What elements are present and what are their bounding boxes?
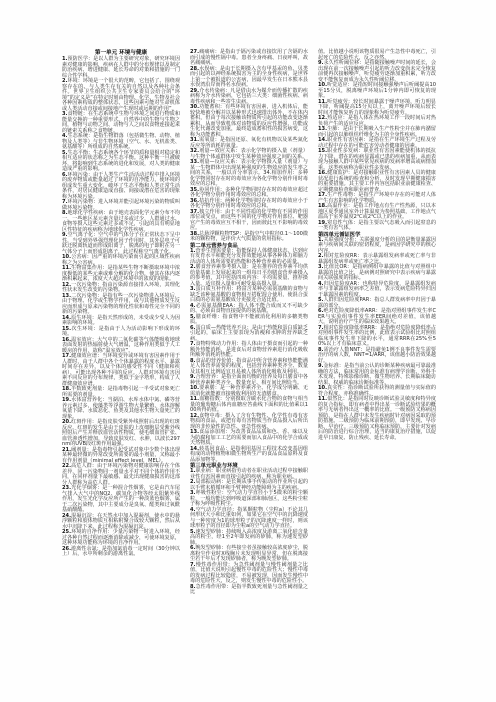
item-text: 公害病：因严重的环境污染而引起的区域性疾病称之为公害病。 bbox=[62, 254, 180, 266]
item-text: 介水传染病：凡是借由水为媒介而传播扩散的疾病称为介水传染病，它包括三大类：细菌性… bbox=[190, 88, 308, 105]
note-item: 6.环境污染：由于人类生产生活活动过程中排入环境的废弃物质或能量超过了环境的自净… bbox=[62, 173, 180, 201]
item-text: 生态系统：是指生物群落（包括微生物、动物、植物及人类等）与非生物环境（空气、水、… bbox=[62, 133, 180, 150]
item-text: 需氧量：是指因还原、氧化有机物以及某些氮化反应等所消耗的氧量。 bbox=[190, 137, 308, 149]
item-text: 温室效应：大气中的二氧化碳等气体能吸收地球表面发射的热辐射使大气增温，这种作用类… bbox=[62, 337, 180, 354]
item-text: 似然比：是指同时反映诊断试验灵敏度和特异度的复合指标，即有病者中得出某一诊断试验… bbox=[318, 396, 436, 441]
item-text: 剂量—反应关系：表示化学物摄入量（剂量）与某一生物群体中出现某种强度的生物效应的… bbox=[190, 159, 308, 187]
note-item: 2.膳食营养素参考摄入量：是在推荐的营养素平均供给量基础上发展起来的一组每日平均… bbox=[190, 265, 308, 287]
item-text: 生态平衡：生态系统各个环节的质和量相对稳定和相互适应的状态称之为生态平衡。这种平… bbox=[62, 150, 180, 173]
note-item: 5.生态平衡：生态系统各个环节的质和量相对稳定和相互适应的状态称之为生态平衡。这… bbox=[62, 151, 180, 173]
note-item: 17.健康效应谱：当环境变异或环境有害因素作用于人群时，由于人群中各个个体暴露的… bbox=[62, 354, 180, 387]
item-text: 高危人群：由于环境污染物对健康影响存在个体差异，同一污染物同一剂量水平对不同个体… bbox=[62, 463, 180, 486]
item-text: 高温作业：是指工作地点有生产性热源，只以本地区夏季通风室外计算温度为参照基础，工… bbox=[318, 203, 436, 220]
item-text: 总悬浮颗粒物TSP：是指空气中粒径0.1～100微米的颗粒物，是评价大气质量的常… bbox=[190, 231, 308, 243]
note-item: 19.窒息性气体：是指主要以气态吸入而引起窒息的一类有害气体。 bbox=[318, 221, 436, 232]
note-item: 14.转基因食品：是指利用基因工程技术改变基因组构成的动物植物和微生物所生产的食… bbox=[190, 447, 308, 464]
note-item: 1.关联强度分析：关联强度分析的目的是衡量暴露因素与疾病间关联的密切程度，是病因… bbox=[318, 238, 436, 255]
item-text: 游离性余氯：是指加氯消毒一定时间（30分钟以上）后，水中所剩余的游离性氯。 bbox=[62, 546, 180, 558]
item-text: 永久性听阈位移：是指随接触噪声时间的延长，会出现在前一次接触噪声引起的听力改变尚… bbox=[318, 60, 436, 83]
item-text: 水俣病：是由于长期摄入含有甲基汞的鱼、贝类而引起的以神经系统损害为主的全身性疾病… bbox=[190, 66, 308, 89]
item-text: 蛋白质—热能营养不良：是由于热能和蛋白质缺乏引起的，临床上主要表现为消瘦和水肿的… bbox=[190, 325, 308, 342]
note-item: 29.介水传染病：凡是借由水为媒介而传播扩散的疾病称为介水传染病，它包括三大类：… bbox=[190, 89, 308, 106]
note-item: 6.绝对危险度降低率ARR：是指对照组事件发生率CER与实验组事件发生率EER间… bbox=[318, 309, 436, 326]
note-item: 8.食品的营养价值：指食品中所含营养素和热能能满足人体营养需要的程度，包括营养素… bbox=[190, 359, 308, 376]
note-item: 8.需治疗人数NNT：是指避免1例不良事件发生需要治疗的病人数，NNT=1/AR… bbox=[318, 348, 436, 365]
note-item: 18.高温作业：是指工作地点有生产性热源，只以本地区夏季通风室外计算温度为参照基… bbox=[318, 204, 436, 221]
item-text: 听觉疲劳：较长时间暴露于噪声环境，听力明显下降，听阈提高15分贝以上，离开噪声环… bbox=[318, 99, 436, 116]
item-text: 空气离子化：空气中的气体分子在正常状态下呈中性，当受到外界强烈理化因子作用时，其… bbox=[62, 232, 180, 255]
note-item: 8.地球化学性疾病：由于地壳表面化学元素分布不均一，一些地区某元素含量过多或过少… bbox=[62, 211, 180, 233]
item-text: 呼吸性粉尘：空气动力学直径小于5微米的粉尘颗粒，一般均能达到呼吸道深部和肺泡区，… bbox=[190, 490, 308, 507]
item-text: 热适应：是指人体在热环境工作一段时间后对热负荷产生的适应反应。 bbox=[318, 115, 436, 127]
item-text: 膳食营养素参考摄入量：是在推荐的营养素平均供给量基础上发展起来的一组每日平均膳食… bbox=[190, 264, 308, 287]
item-text: 独立作用：由于不同性质的化学物有不同的作用部位或受点，而这些不同的化学物对作用部… bbox=[190, 209, 308, 232]
item-text: 健康效应谱：当环境变异或环境有害因素作用于人群时，由于人群中各个个体暴露的程度水… bbox=[62, 353, 180, 387]
item-text: 环境污染：由于人类生产生活活动过程中排入环境的废弃物质或能量超过了环境的自净能力… bbox=[62, 172, 180, 200]
note-item: 16.温室效应：大气中的二氧化碳等气体能吸收地球表面发射的热辐射使大气增温，这种… bbox=[62, 338, 180, 355]
item-text: 健康监护：是对接触职业性有害因素人员的健康状况进行系统的检查和分析，及时发现早期… bbox=[318, 170, 436, 193]
note-item: 3.食物链：在生态系统中生物与环境之间进行物质和能量交换的一种重要形式。自然界中… bbox=[62, 112, 180, 134]
item-text: 食品添加剂：为改善食品品质和色、香、味以及为防腐和加工工艺的需要而加入食品中的化… bbox=[190, 429, 308, 446]
note-item: 6.晚发型矽肺：有些接尘者虽接触较高浓度矽尘，脱离粉尘作业时X线胸片未发现明显异… bbox=[190, 546, 308, 563]
note-item: 33.剂量—反应关系：表示化学物摄入量（剂量）与某一生物群体中出现某种强度的生物… bbox=[190, 160, 308, 188]
item-text: 职业性有害因素：是指在生产环境生产过程及劳动过程中存在的可能危害劳动者健康的因素… bbox=[318, 137, 436, 149]
note-item: 6.蛋白质—热能营养不良：是由于热能和蛋白质缺乏引起的，临床上主要表现为消瘦和水… bbox=[190, 326, 308, 343]
note-item: 12.食物中毒：摄入了含有生物性、化学性有毒有害物质的食品，或把有毒有害物质当作… bbox=[190, 414, 308, 431]
item-text: 晚发型矽肺：有些接尘者虽接触较高浓度矽尘，脱离粉尘作业时X线胸片未发现明显异常，… bbox=[190, 545, 308, 562]
note-item: 7.食物特殊动力作用：指人体由于摄食而引起的一种额外热能消耗，是进食后对食物营养… bbox=[190, 342, 308, 359]
item-text: 蛋白质互补作用：将富含某种必需氨基酸的食物与缺乏该种氨基酸的食物相互搭配混合使用… bbox=[190, 286, 308, 303]
item-text: 功能蓄积：有些环境有害因素，进入机体后，能较快地被分解并以某种形式迅速排出体外，… bbox=[190, 104, 308, 138]
item-text: 急性毒作用带：是指半数致死剂量与急性阈剂量之比 bbox=[190, 584, 308, 596]
item-text: 协同作用：多种化学物同时存在时的毒效应超过各化学物分别作用时毒效应的总和。 bbox=[190, 187, 308, 199]
note-item: 11.似然比：是指同时反映诊断试验灵敏度和特异度的复合指标，即有病者中得出某一诊… bbox=[318, 397, 436, 441]
item-text: 人群归因危险度PAR：指总人群发病率中归因于暴露的部分。 bbox=[318, 297, 436, 309]
item-text: 剂量—效应关系：表示化学物的摄入量（剂量）与生物个体或群体中发生某种效应强度之间… bbox=[190, 148, 308, 160]
item-text: 光化学烟雾：是一种混合性烟雾，它是由汽车尾气排入大气中的NO2、碳氢化合物等经太… bbox=[62, 485, 180, 513]
notes-column-middle: 27.痛痛病：是指由于镉污染或直接饮用了含镉的水而引成的慢性镉中毒。患者全身疼痛… bbox=[190, 50, 308, 596]
note-item: 24.混凝沉淀：在天然水中加入混凝剂，使水中的悬浮颗粒和胶体物质互相粘附聚合成较… bbox=[62, 514, 180, 531]
note-item: 21.阈剂量：是指毒物引起受试对象中少数个体出现某种最轻微的异常改变所需要的最小… bbox=[62, 448, 180, 465]
item-text: 归因危险度AR：也称特异危险度，是暴露组发病率与非暴露组发病率之差值，表示发病危… bbox=[318, 281, 436, 298]
item-text: 环境污染物：进入环境并能引起环境污染的物质叫做环境污染物。 bbox=[62, 199, 180, 211]
item-text: 痛痛病：是指由于镉污染或直接饮用了含镉的水而引成的慢性镉中毒。患者全身疼痛、日夜… bbox=[190, 49, 308, 66]
item-text: 相对危险度RR：表示暴露组发病率或死亡率与非暴露组发病率或死亡率之比。 bbox=[318, 253, 436, 265]
item-text: 尘肺：是由于长期吸入生产性粉尘并在肺内潴留而引起的以肺组织纤维化为主的全身性疾病… bbox=[318, 126, 436, 138]
item-text: 关联强度分析：关联强度分析的目的是衡量暴露因素与疾病间关联的密切程度，是病因学研… bbox=[318, 237, 436, 254]
item-text: 真实性：指诊断试验所获得的测量值与实际值的符合程度，亦称准确性。 bbox=[318, 385, 436, 397]
note-item: 13.二次污染物：是指有些一次污染物进入环境后，由于物理、化学或生物学作用，或与… bbox=[62, 294, 180, 316]
item-text: 速发型矽肺：持续吸入高浓度及游离二氧化硅含量高的粉尘，经1至2年即发病的矽肺，称… bbox=[190, 529, 308, 546]
note-item: 1.营养生理需要量：指能保持人体健康状态，达到应有发育水平和能充分发挥效能地从事… bbox=[190, 249, 308, 266]
note-item: 28.水俣病：是由于长期摄入含有甲基汞的鱼、贝类而引起的以神经系统损害为主的全身… bbox=[190, 67, 308, 89]
note-item: 9.永久性听阈位移：是指随接触噪声时间的延长，会出现在前一次接触噪声引起的听力改… bbox=[318, 61, 436, 83]
note-item: 8.急性毒作用带：是指半数致死剂量与急性阈剂量之比 bbox=[190, 585, 308, 596]
item-text: 值。比值越小说明该物质很易产生急性中毒死亡，引起死亡的危险性大，反之亦然。 bbox=[318, 49, 436, 61]
note-item: 27.痛痛病：是指由于镉污染或直接饮用了含镉的水而引成的慢性镉中毒。患者全身疼痛… bbox=[190, 50, 308, 67]
note-item: 9.空气离子化：空气中的气体分子在正常状态下呈中性，当受到外界强烈理化因子作用时… bbox=[62, 233, 180, 255]
item-text: 绝对危险度降低率ARR：是指对照组事件发生率CER与实验组事件发生率EER间绝对… bbox=[318, 308, 436, 325]
item-text: 窒息性气体：是指主要以气态吸入而引起窒息的一类有害气体。 bbox=[318, 220, 436, 232]
item-text: 阈剂量：是指毒物引起受试对象中少数个体出现某种最轻微的异常改变所需要的最小剂量，… bbox=[62, 447, 180, 464]
item-text: 金标准：是指当前公认的诊断某种疾病最可靠最准确的方法，临床常用的金标准有病理学诊… bbox=[318, 363, 436, 386]
note-item: 11.听觉疲劳：较长时间暴露于噪声环境，听力明显下降，听阈提高15分贝以上，离开… bbox=[318, 100, 436, 117]
item-text: 红斑作用：是指皮肤受紫外线照射后出现的红斑反应。红斑的发生是由于皮肤的上皮细胞层… bbox=[62, 419, 180, 447]
notes-column-left: 第一单元 环境与健康1.预防医学：是以人群为主要研究对象，研究环境因素对健康的影… bbox=[62, 50, 180, 558]
scanned-notes-page: 第一单元 环境与健康1.预防医学：是以人群为主要研究对象，研究环境因素对健康的影… bbox=[0, 0, 496, 702]
item-text: 空气动力学直径：指某颗粒物（尘粒a）不论其几何形状大小和比重如何，如果它在空气中… bbox=[190, 507, 308, 530]
item-text: 预防医学：是以人群为主要研究对象，研究环境因素对健康的影响，疾病在人群中的分布规… bbox=[62, 56, 180, 79]
item-text: 拮抗作用：两种化学物同时存在时的毒效应小于各化学物分别作用时毒效应的总和。 bbox=[190, 198, 308, 210]
item-text: 膳食纤维：指食物中不能被消化利用的多糖类物质。 bbox=[190, 314, 308, 326]
note-item: 37.独立作用：由于不同性质的化学物有不同的作用部位或受点，而这些不同的化学物对… bbox=[190, 210, 308, 232]
item-text: 一次污染物：指由污染源直接排入环境，其理化性状未发生改变的污染物。 bbox=[62, 282, 180, 294]
item-text: 必需氨基酸EAA：指人体不能合成而又不可缺少的、必须由食物直接提供的氨基酸。 bbox=[190, 303, 308, 315]
item-text: 次生环境：是指由于人为活动影响下形成的环境。 bbox=[62, 326, 180, 338]
note-item: 4.空气动力学直径：指某颗粒物（尘粒a）不论其几何形状大小和比重如何，如果它在空… bbox=[190, 508, 308, 530]
item-text: 二次污染物：是指有些一次污染物进入环境后，由于物理、化学或生物学作用，或与其他物… bbox=[62, 293, 180, 316]
note-item: 3.比值比OR：是指病例组中暴露的比值与对照组中暴露的比值之比，是病例对照研究中… bbox=[318, 265, 436, 282]
note-item: 7.慢性毒作用带：为急性阈剂量与慢性阈剂量之比值，比值大说明引起慢性中毒的危险性… bbox=[190, 563, 308, 585]
item-text: 要素膳：是一种营养素齐全、化学成分明确、无需消化就能被直接吸收利用的无渣膳食。 bbox=[190, 385, 308, 397]
item-text: 转基因食品：是指利用基因工程技术改变基因组构成的动物植物和微生物所生产的食品食品… bbox=[190, 446, 308, 463]
item-text: 地球化学性疾病：由于地壳表面化学元素分布不均一，一些地区某元素含量过多或过少，人… bbox=[62, 210, 180, 233]
item-text: 相对危险度降低率RRR：是指绝对危险度降低率占对照组事件发生率的比例，此值表示试… bbox=[318, 325, 436, 348]
item-text: 水体富营养化：当湖泊、水库水体中氮、磷等营养元素过多，使藻类等浮游生物大量繁殖，… bbox=[62, 397, 180, 420]
item-text: 慢性毒作用带：为急性阈剂量与慢性阈剂量之比值，比值大说明引起慢性中毒的危险性大；… bbox=[190, 562, 308, 585]
note-item: 30.功能蓄积：有些环境有害因素，进入机体后，能较快地被分解并以某种形式迅速排出… bbox=[190, 105, 308, 138]
note-item: 3.呼吸性粉尘：空气动力学直径小于5微米的粉尘颗粒，一般均能达到呼吸道深部和肺泡… bbox=[190, 491, 308, 508]
item-text: 血糖指数：分别摄取含碳水化合物的食物与相当量的葡萄糖后体内血糖应答曲线下面积的比… bbox=[190, 396, 308, 413]
note-item: 22.高危人群：由于环境污染物对健康影响存在个体差异，同一污染物同一剂量水平对不… bbox=[62, 464, 180, 486]
note-item: 2.环境：环境是一个很大的范畴，它包括了、围绕观察存在的、与人类生存有关的自然以… bbox=[62, 79, 180, 112]
item-text: 半数致死剂量：是指毒物引起一半受试对象死亡所需要的剂量。 bbox=[62, 386, 180, 398]
item-text: 环境的自净作用：少量污染物一时进入环境，经过各种自然过程而逐渐消除或减少，可使环… bbox=[62, 529, 180, 546]
item-text: 听觉适应：是指短时间接触强噪声后听阈提高10至15分贝，脱离噪声环境后1分钟内即… bbox=[318, 82, 436, 99]
notes-column-right: 值。比值越小说明该物质很易产生急性中毒死亡，引起死亡的危险性大，反之亦然。9.永… bbox=[318, 50, 436, 441]
item-text: 混凝沉淀：在天然水中加入混凝剂，使水中的悬浮颗粒和胶体物质互相粘附聚合成较大颗粒… bbox=[62, 513, 180, 530]
note-item: 10.听觉适应：是指短时间接触强噪声后听阈提高10至15分贝，脱离噪声环境后1分… bbox=[318, 83, 436, 100]
note-item: 13.食品添加剂：为改善食品品质和色、香、味以及为防腐和加工工艺的需要而加入食品… bbox=[190, 430, 308, 447]
note-item: 16.健康监护：是对接触职业性有害因素人员的健康状况进行系统的检查和分析，及时发… bbox=[318, 171, 436, 193]
note-item: 26.游离性余氯：是指加氯消毒一定时间（30分钟以上）后，水中所剩余的游离性氯。 bbox=[62, 547, 180, 558]
note-item: 11.生物富集作用：是指某些生物不断摄取环境中浓度极低的某些元素或难分解的化合物… bbox=[62, 266, 180, 283]
note-item: 4.生态系统：是指生物群落（包括微生物、动物、植物及人类等）与非生物环境（空气、… bbox=[62, 134, 180, 151]
item-text: 比值比OR：是指病例组中暴露的比值与对照组中暴露的比值之比，是病例对照研究中表示… bbox=[318, 264, 436, 281]
note-item: 11.血糖指数：分别摄取含碳水化合物的食物与相当量的葡萄糖后体内血糖应答曲线下面… bbox=[190, 397, 308, 414]
item-text: 食品的营养价值：指食品中所含营养素和热能能满足人体营养需要的程度，包括营养素种类… bbox=[190, 358, 308, 375]
note-item: 9.金标准：是指当前公认的诊断某种疾病最可靠最准确的方法，临床常用的金标准有病理… bbox=[318, 364, 436, 386]
note-item: 4.归因危险度AR：也称特异危险度，是暴露组发病率与非暴露组发病率之差值，表示发… bbox=[318, 282, 436, 299]
item-text: 职业性多发病：职业性有害因素能使机体的抵抗力下降，潜在的疾病显露或已患的疾病加重… bbox=[318, 148, 436, 171]
note-item: 19.水体富营养化：当湖泊、水库水体中氮、磷等营养元素过多，使藻类等浮游生物大量… bbox=[62, 398, 180, 420]
note-item: 3.蛋白质互补作用：将富含某种必需氨基酸的食物与缺乏该种氨基酸的食物相互搭配混合… bbox=[190, 287, 308, 304]
item-text: 食物特殊动力作用：指人体由于摄食而引起的一种额外热能消耗，是进食后对食物营养素进… bbox=[190, 341, 308, 358]
note-item: 23.光化学烟雾：是一种混合性烟雾，它是由汽车尾气排入大气中的NO2、碳氢化合物… bbox=[62, 486, 180, 514]
item-text: 环境：环境是一个很大的范畴，它包括了、围绕观察存在的、与人类生存有关的自然以及各… bbox=[62, 78, 180, 112]
note-item: 1.预防医学：是以人群为主要研究对象，研究环境因素对健康的影响，疾病在人群中的分… bbox=[62, 57, 180, 79]
item-text: 生产性毒物：是指生产环境中存在的可能对人体产生有害影响的化学物质。 bbox=[318, 192, 436, 204]
note-item: 38.总悬浮颗粒物TSP：是指空气中粒径0.1～100微米的颗粒物，是评价大气质… bbox=[190, 232, 308, 243]
item-text: 原生环境：是指天然形成的，未受或少受人为因素影响的环境。 bbox=[62, 315, 180, 327]
item-text: 食物中毒：摄入了含有生物性、化学性有毒有害物质的食品，或把有毒有害物质当作食品摄… bbox=[190, 413, 308, 430]
note-item: 5.速发型矽肺：持续吸入高浓度及游离二氧化硅含量高的粉尘，经1至2年即发病的矽肺… bbox=[190, 530, 308, 547]
item-text: 生物富集作用：是指某些生物不断摄取环境中浓度极低的某些元素或难分解的化合物，使其… bbox=[62, 265, 180, 282]
item-text: 营养生理需要量：指能保持人体健康状态，达到应有发育水平和能充分发挥效能地从事各种… bbox=[190, 248, 308, 265]
note-item: 20.红斑作用：是指皮肤受紫外线照射后出现的红斑反应。红斑的发生是由于皮肤的上皮… bbox=[62, 420, 180, 448]
item-text: 食物链：在生态系统中生物与环境之间进行物质和能量交换的一种重要形式。自然界中的生… bbox=[62, 111, 180, 134]
item-text: 合理营养：是指全面而均衡的营养及每日膳食中各种营养素种类齐全、数量充足、相互间比… bbox=[190, 374, 308, 386]
note-item: 25.环境的自净作用：少量污染物一时进入环境，经过各种自然过程而逐渐消除或减少，… bbox=[62, 530, 180, 547]
item-text: 需治疗人数NNT：是指避免1例不良事件发生需要治疗的病人数，NNT=1/ARR，… bbox=[318, 347, 436, 364]
note-item: 15.职业性多发病：职业性有害因素能使机体的抵抗力下降，潜在的疾病显露或已患的疾… bbox=[318, 149, 436, 171]
note-item: 7.相对危险度降低率RRR：是指绝对危险度降低率占对照组事件发生率的比例，此值表… bbox=[318, 326, 436, 348]
